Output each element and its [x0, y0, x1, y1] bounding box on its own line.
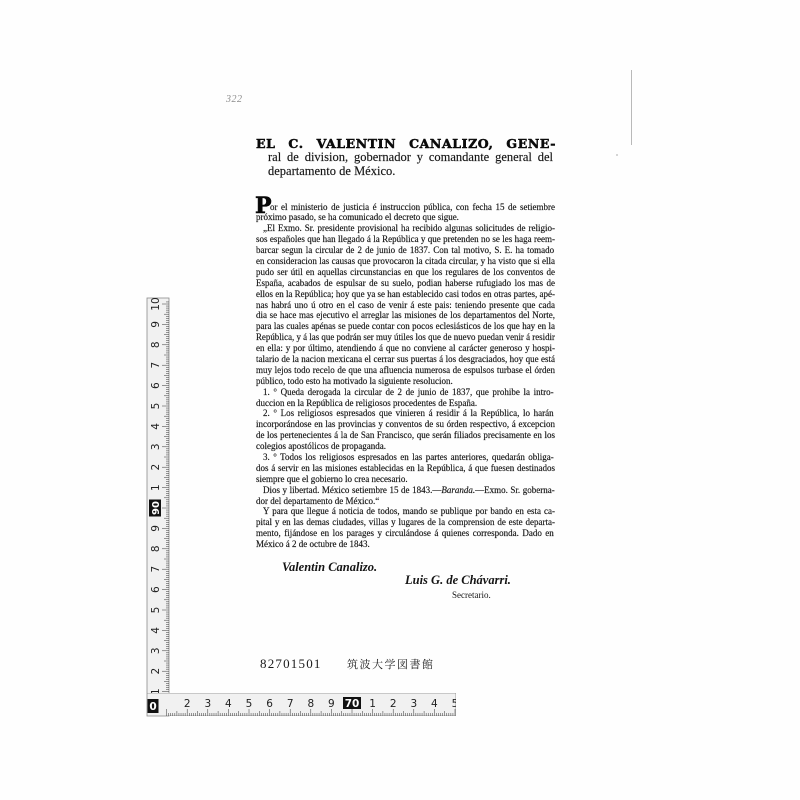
- text-line: ellos en la República; hoy que ya se han…: [256, 289, 555, 300]
- svg-text:5: 5: [150, 607, 162, 614]
- paragraph: or el ministerio de justicia é instrucci…: [256, 202, 555, 224]
- secretary-title: Secretario.: [452, 589, 491, 601]
- text-line: nas habrá uno ú otro en el caso de venir…: [256, 300, 555, 311]
- secretary-signature: Luis G. de Chávarri.: [405, 572, 511, 588]
- svg-text:7: 7: [150, 362, 162, 369]
- svg-text:3: 3: [410, 698, 417, 710]
- svg-text:0: 0: [149, 701, 156, 713]
- vertical-ruler: 1234567899012345678910: [147, 297, 169, 716]
- text-line: siempre que el gobierno lo crea necesari…: [256, 474, 555, 485]
- text-line: duccion en la República de religiosos pr…: [256, 398, 555, 409]
- svg-text:4: 4: [431, 698, 438, 710]
- text-line: „El Exmo. Sr. presidente provisional ha …: [256, 223, 555, 234]
- svg-text:1: 1: [369, 698, 376, 710]
- text-line: en ella: y por último, atendiendo á que …: [256, 343, 555, 354]
- ruler-label: 4: [225, 698, 232, 710]
- text-line: 1. ° Queda derogada la circular de 2 de …: [256, 387, 555, 398]
- text-line: barcar segun la circular de 2 de junio d…: [256, 245, 555, 256]
- ruler-label: 0: [148, 699, 159, 713]
- ruler-label: 90: [149, 500, 162, 517]
- ruler-label: 2: [150, 464, 162, 471]
- library-stamp: 筑波大学図書館: [347, 657, 435, 672]
- text-line: pudo ser útil en aquellas circunstancias…: [256, 267, 555, 278]
- svg-text:6: 6: [266, 698, 273, 710]
- paragraph: 3. ° Todos los religiosos espresados en …: [256, 452, 555, 485]
- text-line: Y para que llegue á noticia de todos, ma…: [256, 506, 555, 517]
- text-line: muy lejos todo recelo de que una afluenc…: [256, 365, 555, 376]
- ruler-label: 9: [150, 525, 162, 532]
- svg-text:70: 70: [345, 698, 360, 710]
- svg-text:10: 10: [150, 297, 162, 310]
- svg-text:1: 1: [150, 484, 162, 491]
- text-segment: —Exmo. Sr. goberna-: [475, 485, 555, 495]
- text-line: pital y en las demas ciudades, villas y …: [256, 517, 555, 528]
- text-line: dor del departamento de México.“: [256, 496, 555, 507]
- svg-text:5: 5: [452, 698, 459, 710]
- decree-heading-line-3: departamento de México.: [268, 164, 395, 179]
- svg-text:4: 4: [225, 698, 232, 710]
- svg-text:2: 2: [184, 698, 191, 710]
- paragraph: 2. ° Los religiosos espresados que vinie…: [256, 408, 555, 452]
- governor-signature: Valentin Canalizo.: [282, 559, 377, 575]
- text-line: México á 2 de octubre de 1843.: [256, 539, 555, 550]
- ruler-label: 1: [150, 688, 162, 695]
- svg-text:90: 90: [151, 501, 162, 515]
- text-line: 3. ° Todos los religiosos espresados en …: [256, 452, 555, 463]
- svg-text:2: 2: [150, 464, 162, 471]
- ruler-label: 70: [343, 697, 361, 710]
- svg-text:4: 4: [150, 627, 162, 634]
- ruler-label: 3: [410, 698, 417, 710]
- text-line: colegios apostólicos de propaganda.: [256, 441, 555, 452]
- ruler-label: 2: [150, 668, 162, 675]
- svg-text:8: 8: [307, 698, 314, 710]
- ruler-label: 3: [150, 443, 162, 450]
- ruler-label: 2: [184, 698, 191, 710]
- scan-artifact-dot: [616, 154, 618, 156]
- ruler-label: 8: [150, 545, 162, 552]
- svg-text:8: 8: [150, 545, 162, 552]
- ruler-label: 7: [150, 362, 162, 369]
- ruler-marker-box: [343, 697, 361, 709]
- svg-text:2: 2: [150, 668, 162, 675]
- svg-text:4: 4: [150, 423, 162, 430]
- text-line: dia se hace mas ejecutivo el arreglar la…: [256, 310, 555, 321]
- decree-body: or el ministerio de justicia é instrucci…: [256, 202, 555, 551]
- svg-text:8: 8: [150, 341, 162, 348]
- catalog-number: 82701501: [260, 656, 322, 672]
- text-line: para las cuales apénas se puede contar c…: [256, 321, 555, 332]
- ruler-label: 4: [150, 423, 162, 430]
- text-line: de los pertenecientes á la de San Franci…: [256, 430, 555, 441]
- ruler-label: 6: [266, 698, 273, 710]
- svg-text:6: 6: [150, 382, 162, 389]
- handwritten-page-number: 322: [226, 94, 243, 105]
- svg-text:5: 5: [246, 698, 253, 710]
- text-segment: Dios y libertad. México setiembre 15 de …: [263, 485, 441, 495]
- paragraph: Dios y libertad. México setiembre 15 de …: [256, 485, 555, 507]
- ruler-label: 7: [287, 698, 294, 710]
- ruler-label: 7: [150, 566, 162, 573]
- text-line: Dios y libertad. México setiembre 15 de …: [256, 485, 555, 496]
- svg-text:5: 5: [150, 403, 162, 410]
- ruler-label: 5: [150, 403, 162, 410]
- paragraph: „El Exmo. Sr. presidente provisional ha …: [256, 223, 555, 386]
- text-line: 2. ° Los religiosos espresados que vinie…: [256, 408, 555, 419]
- text-line: en consideracion las causas que provocar…: [256, 256, 555, 267]
- ruler-label: 2: [390, 698, 397, 710]
- ruler-label: 1: [150, 484, 162, 491]
- svg-text:9: 9: [328, 698, 335, 710]
- italic-name: Baranda.: [441, 485, 475, 495]
- svg-text:7: 7: [150, 566, 162, 573]
- ruler-label: 9: [150, 321, 162, 328]
- ruler-label: 3: [204, 698, 211, 710]
- text-line: España, acabados de espulsar de su suelo…: [256, 278, 555, 289]
- ruler-marker-box: [149, 500, 161, 517]
- ruler-label: 1: [369, 698, 376, 710]
- ruler-label: 8: [150, 341, 162, 348]
- svg-text:2: 2: [390, 698, 397, 710]
- text-line: público, todo esto ha motivado la siguie…: [256, 376, 555, 387]
- ruler-label: 10: [150, 297, 162, 310]
- ruler-label: 6: [150, 586, 162, 593]
- scan-artifact-line: [631, 70, 632, 145]
- text-line: próximo pasado, se ha comunicado el decr…: [256, 212, 555, 223]
- svg-text:9: 9: [150, 321, 162, 328]
- text-line: sos españoles que han llegado á la Repúb…: [256, 234, 555, 245]
- svg-text:7: 7: [287, 698, 294, 710]
- ruler-label: 4: [431, 698, 438, 710]
- svg-text:3: 3: [150, 647, 162, 654]
- text-line: República, y á las que podrán ser muy út…: [256, 332, 555, 343]
- ruler-label: 9: [328, 698, 335, 710]
- svg-text:1: 1: [150, 688, 162, 695]
- text-line: incorporándose en las provincias y conve…: [256, 419, 555, 430]
- svg-text:3: 3: [150, 443, 162, 450]
- paragraph: 1. ° Queda derogada la circular de 2 de …: [256, 387, 555, 409]
- svg-text:3: 3: [204, 698, 211, 710]
- ruler-label: 6: [150, 382, 162, 389]
- ruler-label: 4: [150, 627, 162, 634]
- svg-text:6: 6: [150, 586, 162, 593]
- ruler-marker-box: [148, 699, 159, 713]
- ruler-label: 5: [246, 698, 253, 710]
- ruler-label: 3: [150, 647, 162, 654]
- svg-text:9: 9: [150, 525, 162, 532]
- text-line: mento, fijándose en los parages y circul…: [256, 528, 555, 539]
- text-line: or el ministerio de justicia é instrucci…: [256, 202, 555, 213]
- ruler-label: 8: [307, 698, 314, 710]
- decree-heading-line-2: ral de division, gobernador y comandante…: [268, 150, 553, 165]
- horizontal-ruler: 0234567897012345: [147, 693, 458, 716]
- text-line: talario de la nacion mexicana el cerrar …: [256, 354, 555, 365]
- text-line: dos á servir en las misiones establecida…: [256, 463, 555, 474]
- ruler-label: 5: [452, 698, 459, 710]
- ruler-label: 5: [150, 607, 162, 614]
- paragraph: Y para que llegue á noticia de todos, ma…: [256, 506, 555, 550]
